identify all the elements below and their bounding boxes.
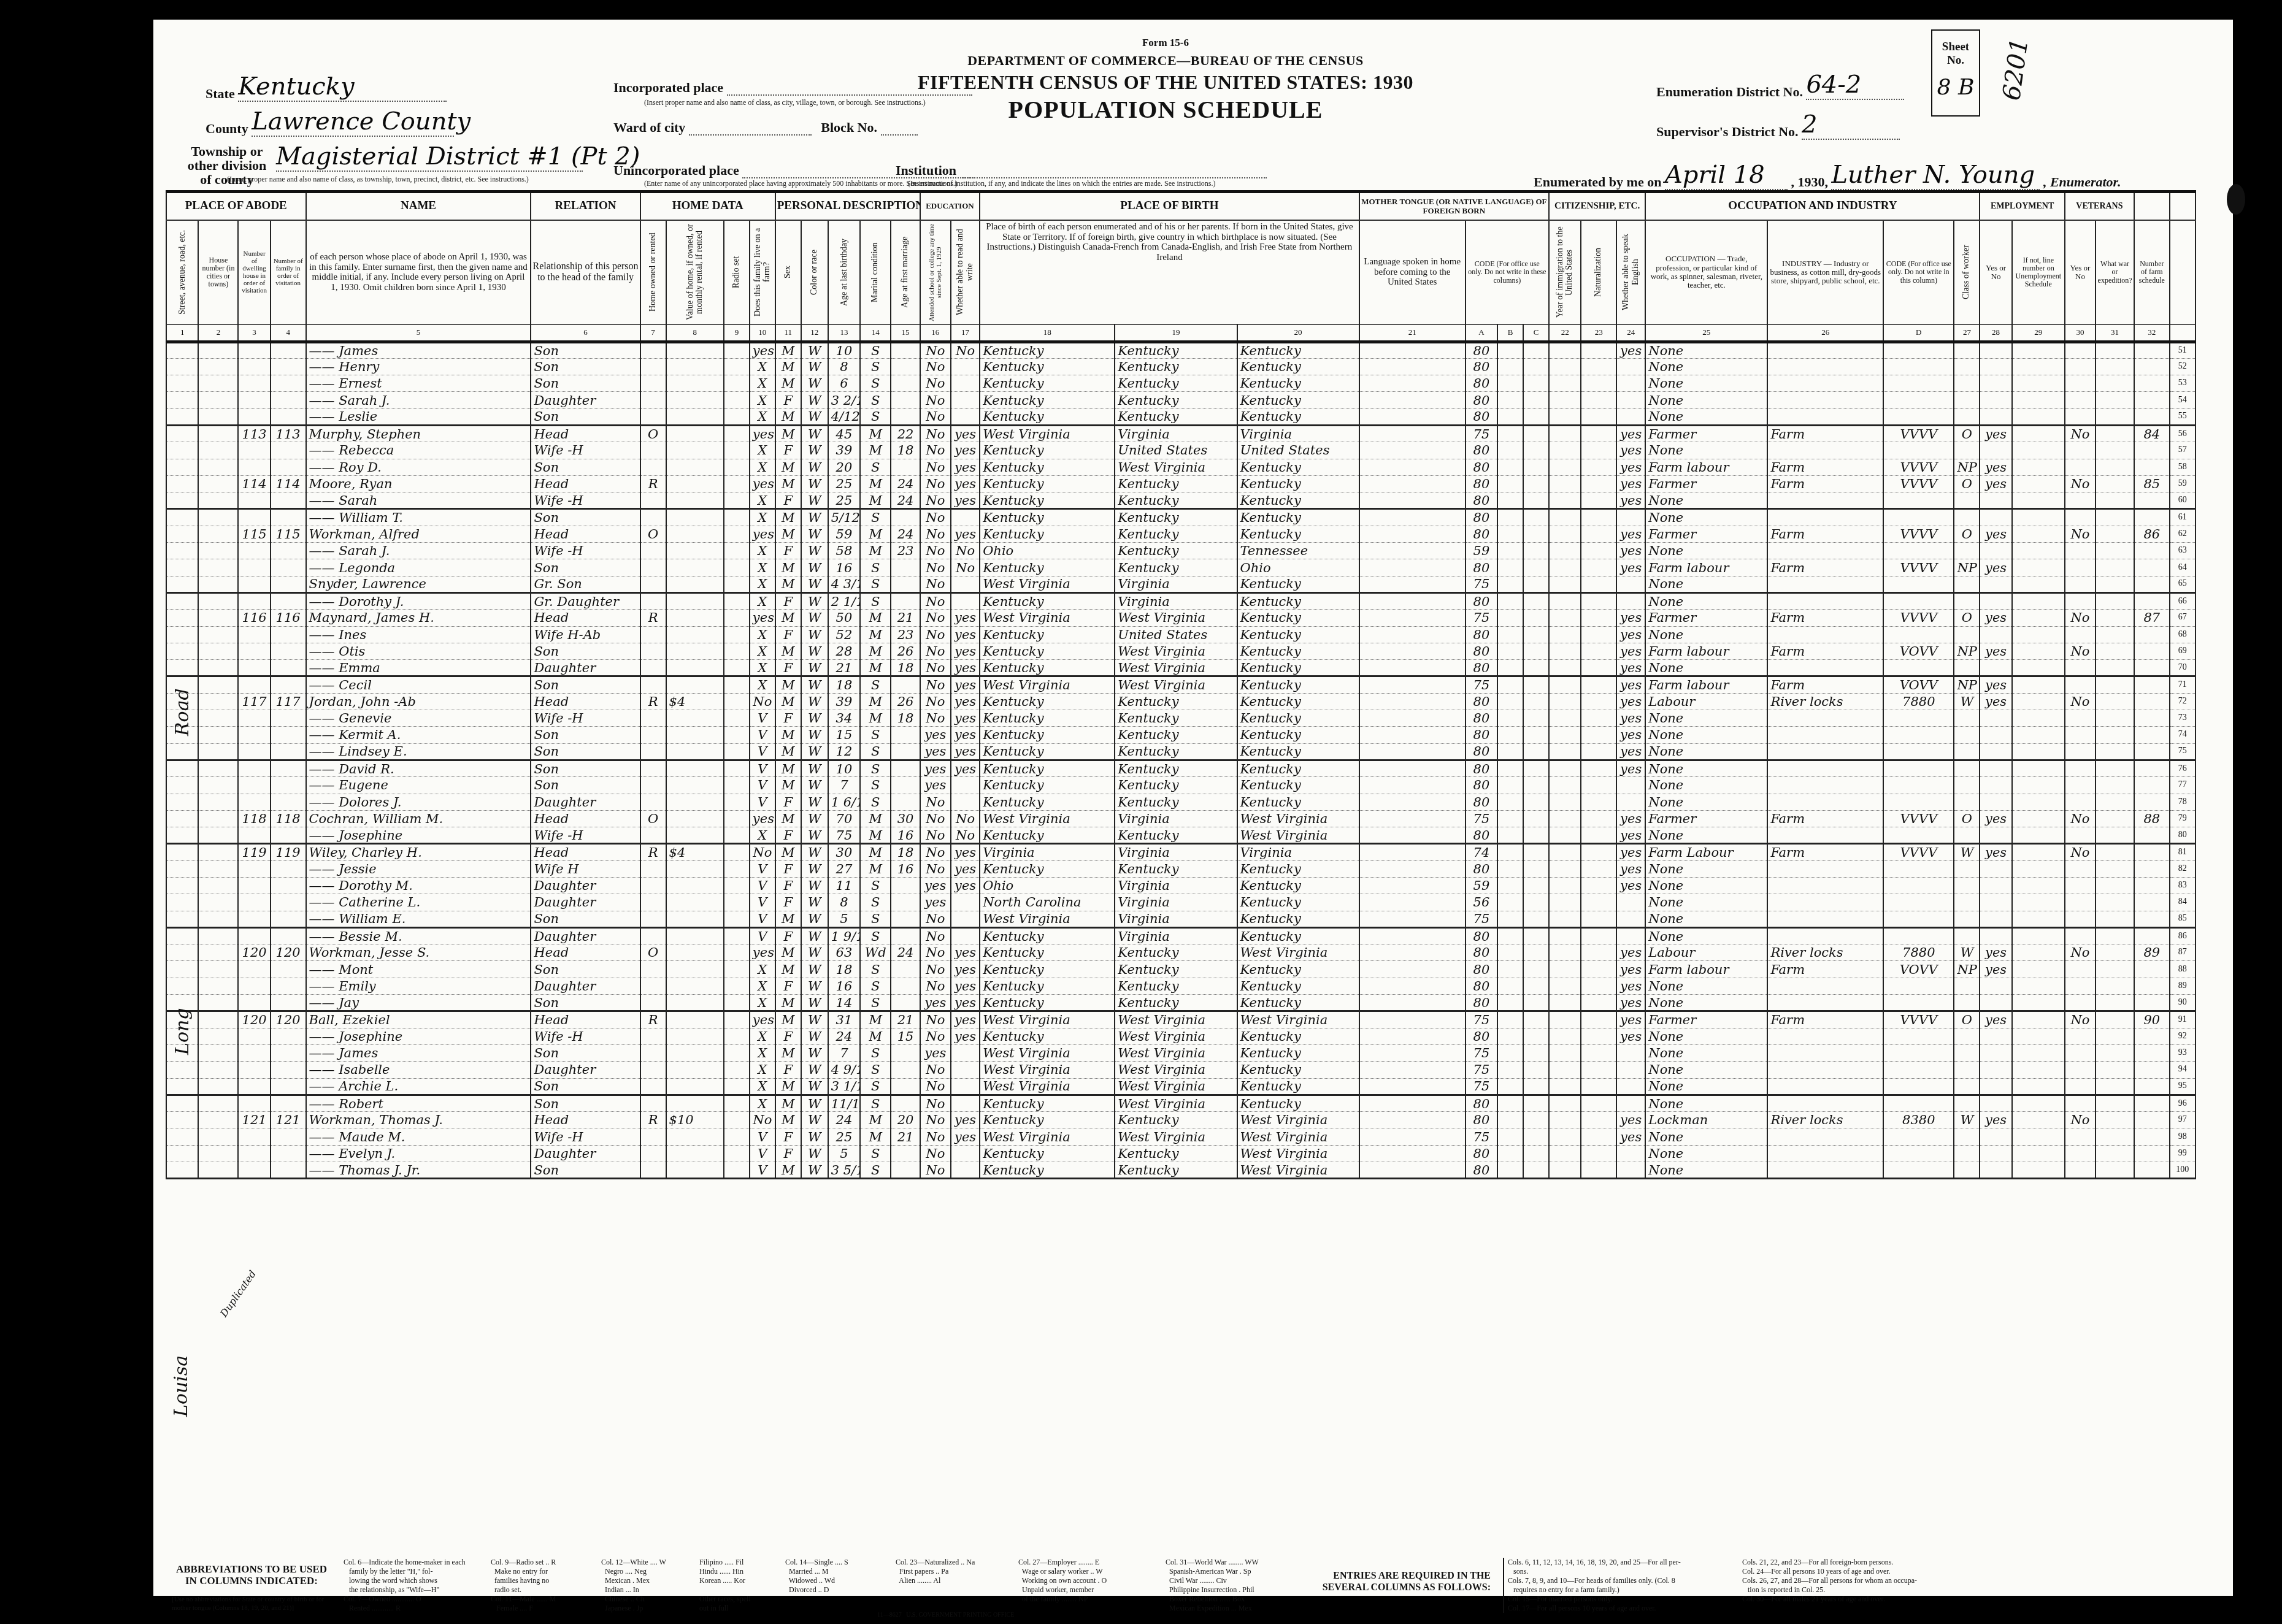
- cell-industry: [1767, 626, 1883, 643]
- cell-age-marriage: [891, 1062, 920, 1078]
- cell-house: [198, 894, 238, 911]
- cell-sex: F: [775, 543, 801, 559]
- cell-school: No: [920, 543, 951, 559]
- cell-mother-birthplace: Kentucky: [1237, 358, 1359, 375]
- cell-occupation: Farm labour: [1645, 559, 1767, 576]
- cell-occupation: None: [1645, 509, 1767, 526]
- cell-code-a: 80: [1466, 375, 1497, 392]
- cell-unemployment-line: [2012, 526, 2065, 542]
- cell-farm-schedule: [2134, 743, 2170, 760]
- cell-relation: Wife -H: [531, 442, 640, 459]
- cell-name: Emma: [306, 660, 531, 676]
- cell-code-c: [1523, 878, 1549, 894]
- cell-farm: X: [750, 375, 775, 392]
- cell-farm: X: [750, 626, 775, 643]
- cell-english: yes: [1616, 442, 1645, 459]
- cell-read-write: [951, 911, 980, 927]
- cell-house: [198, 777, 238, 794]
- enumerator-name: Luther N. Young: [1831, 161, 2035, 189]
- cell-name: William T.: [306, 509, 531, 526]
- cell-naturalization: [1581, 408, 1616, 425]
- cell-dwelling: [238, 860, 270, 877]
- cell-class-worker: [1954, 1044, 1980, 1061]
- cell-race: W: [801, 358, 828, 375]
- cell-school: No: [920, 978, 951, 994]
- cell-industry: [1767, 860, 1883, 877]
- cell-immigration: [1549, 442, 1581, 459]
- cell-war: [2096, 459, 2134, 475]
- cell-unemployment-line: [2012, 944, 2065, 961]
- cell-house: [198, 760, 238, 776]
- line-number: 94: [2170, 1062, 2196, 1078]
- cell-age: 6: [828, 375, 860, 392]
- cell-relation: Son: [531, 1162, 640, 1179]
- cell-radio: [724, 693, 750, 710]
- cell-code-d: [1883, 1162, 1954, 1179]
- entries-list-2: Cols. 21, 22, and 23—For all foreign-bor…: [1742, 1558, 1917, 1604]
- cell-english: yes: [1616, 727, 1645, 743]
- cell-farm-schedule: [2134, 626, 2170, 643]
- col-dwelling: Number of dwelling house in order of vis…: [238, 220, 270, 324]
- cell-school: No: [920, 492, 951, 509]
- cell-farm-schedule: [2134, 844, 2170, 860]
- cell-house: [198, 1011, 238, 1028]
- cell-code-a: 75: [1466, 1128, 1497, 1145]
- cell-war: [2096, 995, 2134, 1011]
- cell-sex: F: [775, 894, 801, 911]
- cell-war: [2096, 408, 2134, 425]
- cell-birthplace: West Virginia: [980, 1128, 1115, 1145]
- cell-unemployment-line: [2012, 1162, 2065, 1179]
- cell-marital: S: [860, 743, 891, 760]
- cell-code-c: [1523, 777, 1549, 794]
- cell-age-marriage: [891, 927, 920, 944]
- cell-immigration: [1549, 526, 1581, 542]
- cell-sex: M: [775, 995, 801, 1011]
- table-row: IsabelleDaughterXFW4 9/12SNoWest Virgini…: [166, 1062, 2196, 1078]
- cell-radio: [724, 810, 750, 827]
- cell-name: Roy D.: [306, 459, 531, 475]
- cell-home-value: [666, 676, 724, 693]
- cell-school: No: [920, 375, 951, 392]
- cell-name: Dolores J.: [306, 794, 531, 810]
- cell-sex: M: [775, 743, 801, 760]
- cell-marital: S: [860, 509, 891, 526]
- cell-father-birthplace: West Virginia: [1115, 676, 1237, 693]
- cell-english: [1616, 576, 1645, 592]
- cell-code-b: [1497, 995, 1523, 1011]
- cell-occupation: Lockman: [1645, 1112, 1767, 1128]
- cell-name: Thomas J. Jr.: [306, 1162, 531, 1179]
- cell-age: 7: [828, 1044, 860, 1061]
- cell-war: [2096, 660, 2134, 676]
- cell-age-marriage: [891, 342, 920, 358]
- cell-class-worker: [1954, 375, 1980, 392]
- cell-home-value: [666, 760, 724, 776]
- cell-race: W: [801, 710, 828, 727]
- cell-veteran: [2065, 894, 2096, 911]
- cell-language: [1359, 375, 1466, 392]
- cell-school: No: [920, 475, 951, 492]
- line-number: 63: [2170, 543, 2196, 559]
- cell-age: 8: [828, 358, 860, 375]
- cell-class-worker: [1954, 894, 1980, 911]
- cell-english: [1616, 794, 1645, 810]
- cell-school: yes: [920, 878, 951, 894]
- cell-english: [1616, 358, 1645, 375]
- cell-industry: [1767, 1095, 1883, 1111]
- cell-code-d: [1883, 392, 1954, 408]
- cell-name: Genevie: [306, 710, 531, 727]
- col-name: of each person whose place of abode on A…: [306, 220, 531, 324]
- cell-relation: Daughter: [531, 392, 640, 408]
- cell-street: [166, 878, 198, 894]
- cell-farm-schedule: [2134, 760, 2170, 776]
- cell-birthplace: Kentucky: [980, 727, 1115, 743]
- cell-family: [271, 995, 306, 1011]
- cell-unemployment-line: [2012, 995, 2065, 1011]
- cell-code-c: [1523, 643, 1549, 659]
- cell-age: 10: [828, 760, 860, 776]
- cell-occupation: Labour: [1645, 944, 1767, 961]
- cell-father-birthplace: West Virginia: [1115, 1078, 1237, 1095]
- cell-employed: [1980, 1044, 2011, 1061]
- cell-employed: [1980, 743, 2011, 760]
- cell-street: [166, 559, 198, 576]
- cell-mother-birthplace: United States: [1237, 442, 1359, 459]
- cell-home-owned: [640, 1044, 666, 1061]
- cell-veteran: [2065, 961, 2096, 978]
- cell-house: [198, 978, 238, 994]
- cell-language: [1359, 576, 1466, 592]
- cell-naturalization: [1581, 727, 1616, 743]
- cell-relation: Head: [531, 944, 640, 961]
- cell-race: W: [801, 676, 828, 693]
- cell-age-marriage: [891, 1162, 920, 1179]
- cell-relation: Daughter: [531, 794, 640, 810]
- cell-code-b: [1497, 1078, 1523, 1095]
- cell-race: W: [801, 425, 828, 442]
- cell-code-b: [1497, 626, 1523, 643]
- cell-code-b: [1497, 492, 1523, 509]
- cell-mother-birthplace: Kentucky: [1237, 743, 1359, 760]
- cell-street: [166, 543, 198, 559]
- cell-english: yes: [1616, 760, 1645, 776]
- cell-code-d: VVVV: [1883, 526, 1954, 542]
- cell-code-d: VOVV: [1883, 676, 1954, 693]
- cell-code-c: [1523, 1011, 1549, 1028]
- cell-home-value: [666, 459, 724, 475]
- cell-read-write: yes: [951, 626, 980, 643]
- cell-dwelling: 113: [238, 425, 270, 442]
- cell-farm-schedule: 88: [2134, 810, 2170, 827]
- cell-farm: X: [750, 1062, 775, 1078]
- cell-age: 39: [828, 442, 860, 459]
- cell-father-birthplace: Virginia: [1115, 425, 1237, 442]
- cell-age-marriage: 24: [891, 492, 920, 509]
- cell-language: [1359, 459, 1466, 475]
- cell-war: [2096, 442, 2134, 459]
- cell-class-worker: [1954, 927, 1980, 944]
- cell-industry: [1767, 592, 1883, 609]
- cell-language: [1359, 978, 1466, 994]
- cell-class-worker: [1954, 342, 1980, 358]
- cell-industry: [1767, 543, 1883, 559]
- cell-code-b: [1497, 944, 1523, 961]
- line-number: 72: [2170, 693, 2196, 710]
- cell-immigration: [1549, 727, 1581, 743]
- cell-birthplace: Kentucky: [980, 408, 1115, 425]
- cell-class-worker: O: [1954, 475, 1980, 492]
- cell-dwelling: [238, 660, 270, 676]
- table-row: RobertSonXMW11/12SNoKentuckyWest Virgini…: [166, 1095, 2196, 1111]
- cell-name: Workman, Jesse S.: [306, 944, 531, 961]
- cell-read-write: yes: [951, 743, 980, 760]
- cell-family: 119: [271, 844, 306, 860]
- cell-code-c: [1523, 526, 1549, 542]
- cell-radio: [724, 1044, 750, 1061]
- cell-home-owned: [640, 1145, 666, 1162]
- cell-code-a: 80: [1466, 592, 1497, 609]
- cell-employed: yes: [1980, 459, 2011, 475]
- cell-immigration: [1549, 894, 1581, 911]
- cell-farm: X: [750, 459, 775, 475]
- cell-relation: Head: [531, 475, 640, 492]
- cell-home-owned: [640, 860, 666, 877]
- cell-race: W: [801, 927, 828, 944]
- cell-sex: M: [775, 1162, 801, 1179]
- cell-occupation: None: [1645, 492, 1767, 509]
- cell-dwelling: [238, 1078, 270, 1095]
- col-home-value: Value of home, if owned, or monthly rent…: [666, 220, 724, 324]
- cell-radio: [724, 727, 750, 743]
- cell-code-c: [1523, 794, 1549, 810]
- cell-farm: V: [750, 794, 775, 810]
- cell-race: W: [801, 1044, 828, 1061]
- cell-family: [271, 358, 306, 375]
- cell-home-owned: R: [640, 844, 666, 860]
- cell-read-write: yes: [951, 492, 980, 509]
- cell-age: 24: [828, 1112, 860, 1128]
- cell-language: [1359, 827, 1466, 844]
- table-row: Archie L.SonXMW3 1/12SNoWest VirginiaWes…: [166, 1078, 2196, 1095]
- cell-street: [166, 660, 198, 676]
- cell-house: [198, 1095, 238, 1111]
- cell-immigration: [1549, 743, 1581, 760]
- cell-immigration: [1549, 911, 1581, 927]
- table-row: 116116Maynard, James H.HeadRyesMW50M21No…: [166, 610, 2196, 626]
- cell-farm: X: [750, 559, 775, 576]
- cell-relation: Son: [531, 358, 640, 375]
- cell-read-write: No: [951, 342, 980, 358]
- cell-home-value: [666, 810, 724, 827]
- cell-farm: yes: [750, 944, 775, 961]
- cell-farm-schedule: [2134, 961, 2170, 978]
- cell-father-birthplace: Virginia: [1115, 592, 1237, 609]
- cell-house: [198, 509, 238, 526]
- cell-code-d: [1883, 660, 1954, 676]
- cell-code-c: [1523, 810, 1549, 827]
- cell-family: [271, 459, 306, 475]
- schedule-title: POPULATION SCHEDULE: [889, 95, 1442, 124]
- cell-name: Jordan, John -Ab: [306, 693, 531, 710]
- cell-code-a: 80: [1466, 727, 1497, 743]
- cell-street: [166, 392, 198, 408]
- entries-title: ENTRIES ARE REQUIRED IN THE SEVERAL COLU…: [1307, 1570, 1491, 1593]
- cell-employed: [1980, 760, 2011, 776]
- cell-house: [198, 743, 238, 760]
- cell-english: yes: [1616, 610, 1645, 626]
- cell-code-a: 75: [1466, 576, 1497, 592]
- cell-unemployment-line: [2012, 727, 2065, 743]
- table-row: OtisSonXMW28M26NoyesKentuckyWest Virgini…: [166, 643, 2196, 659]
- cell-race: W: [801, 392, 828, 408]
- cell-code-d: VVVV: [1883, 559, 1954, 576]
- cell-mother-birthplace: Kentucky: [1237, 693, 1359, 710]
- cell-birthplace: Kentucky: [980, 1095, 1115, 1111]
- cell-industry: [1767, 911, 1883, 927]
- cell-veteran: [2065, 543, 2096, 559]
- cell-marital: M: [860, 1128, 891, 1145]
- cell-naturalization: [1581, 626, 1616, 643]
- cell-street: [166, 475, 198, 492]
- cell-age-marriage: [891, 1145, 920, 1162]
- cell-language: [1359, 509, 1466, 526]
- cell-sex: F: [775, 860, 801, 877]
- cell-veteran: [2065, 827, 2096, 844]
- cell-birthplace: Kentucky: [980, 995, 1115, 1011]
- cell-school: No: [920, 810, 951, 827]
- cell-home-owned: R: [640, 1112, 666, 1128]
- cell-home-value: [666, 425, 724, 442]
- cell-age: 50: [828, 610, 860, 626]
- cell-family: [271, 1078, 306, 1095]
- cell-war: [2096, 710, 2134, 727]
- cell-mother-birthplace: Kentucky: [1237, 777, 1359, 794]
- cell-street: [166, 526, 198, 542]
- cell-farm-schedule: [2134, 1162, 2170, 1179]
- cell-name: Ines: [306, 626, 531, 643]
- line-number: 61: [2170, 509, 2196, 526]
- line-number: 83: [2170, 878, 2196, 894]
- cell-relation: Head: [531, 844, 640, 860]
- cell-unemployment-line: [2012, 408, 2065, 425]
- cell-birthplace: Ohio: [980, 878, 1115, 894]
- cell-naturalization: [1581, 358, 1616, 375]
- cell-class-worker: [1954, 392, 1980, 408]
- line-number: 57: [2170, 442, 2196, 459]
- cell-farm-schedule: 85: [2134, 475, 2170, 492]
- cell-mother-birthplace: Kentucky: [1237, 760, 1359, 776]
- cell-dwelling: [238, 1095, 270, 1111]
- cell-relation: Daughter: [531, 1062, 640, 1078]
- cell-home-value: [666, 827, 724, 844]
- cell-code-c: [1523, 710, 1549, 727]
- cell-war: [2096, 944, 2134, 961]
- cell-immigration: [1549, 375, 1581, 392]
- cell-marital: M: [860, 693, 891, 710]
- cell-code-a: 59: [1466, 878, 1497, 894]
- cell-relation: Son: [531, 676, 640, 693]
- cell-class-worker: O: [1954, 526, 1980, 542]
- cell-employed: yes: [1980, 425, 2011, 442]
- cell-code-b: [1497, 1044, 1523, 1061]
- cell-code-c: [1523, 392, 1549, 408]
- cell-age-marriage: [891, 794, 920, 810]
- cell-house: [198, 1145, 238, 1162]
- sheet-value: 8 B: [1932, 75, 1979, 100]
- col-occupation: OCCUPATION — Trade, profession, or parti…: [1645, 220, 1767, 324]
- cell-read-write: [951, 894, 980, 911]
- cell-industry: [1767, 777, 1883, 794]
- cell-code-a: 80: [1466, 526, 1497, 542]
- cell-code-d: VOVV: [1883, 961, 1954, 978]
- cell-marital: M: [860, 442, 891, 459]
- cell-age: 5: [828, 911, 860, 927]
- cell-class-worker: [1954, 860, 1980, 877]
- cell-war: [2096, 760, 2134, 776]
- cell-street: [166, 911, 198, 927]
- cell-family: [271, 878, 306, 894]
- cell-mother-birthplace: Kentucky: [1237, 727, 1359, 743]
- cell-mother-birthplace: Kentucky: [1237, 342, 1359, 358]
- cell-radio: [724, 860, 750, 877]
- cell-code-b: [1497, 509, 1523, 526]
- cell-code-d: [1883, 1095, 1954, 1111]
- cell-age-marriage: [891, 760, 920, 776]
- margin-note-long: Long: [172, 1008, 193, 1055]
- cell-farm-schedule: 89: [2134, 944, 2170, 961]
- cell-read-write: [951, 375, 980, 392]
- cell-code-c: [1523, 1145, 1549, 1162]
- cell-birthplace: West Virginia: [980, 1078, 1115, 1095]
- cell-employed: yes: [1980, 844, 2011, 860]
- cell-race: W: [801, 794, 828, 810]
- legend-col12b: Filipino ..... Fil Hindu ...... Hin Kore…: [699, 1558, 751, 1613]
- cell-farm-schedule: [2134, 995, 2170, 1011]
- cell-code-d: [1883, 626, 1954, 643]
- table-row: William E.SonVMW5SNoWest VirginiaVirgini…: [166, 911, 2196, 927]
- cell-farm: X: [750, 961, 775, 978]
- cell-radio: [724, 342, 750, 358]
- cell-unemployment-line: [2012, 1011, 2065, 1028]
- cell-relation: Son: [531, 777, 640, 794]
- cell-naturalization: [1581, 860, 1616, 877]
- line-number: 69: [2170, 643, 2196, 659]
- cell-marital: M: [860, 860, 891, 877]
- cell-birthplace: Kentucky: [980, 961, 1115, 978]
- legend-col14: Col. 14—Single .... S Married ... M Wido…: [785, 1558, 848, 1595]
- cell-radio: [724, 459, 750, 475]
- cell-code-a: 80: [1466, 660, 1497, 676]
- cell-war: [2096, 794, 2134, 810]
- cell-dwelling: [238, 1062, 270, 1078]
- cell-veteran: [2065, 660, 2096, 676]
- cell-employed: yes: [1980, 1112, 2011, 1128]
- cell-industry: [1767, 492, 1883, 509]
- cell-code-b: [1497, 978, 1523, 994]
- cell-industry: Farm: [1767, 844, 1883, 860]
- cell-naturalization: [1581, 676, 1616, 693]
- cell-birthplace: Kentucky: [980, 1145, 1115, 1162]
- cell-employed: yes: [1980, 643, 2011, 659]
- cell-house: [198, 492, 238, 509]
- column-number: 11: [775, 324, 801, 342]
- cell-veteran: No: [2065, 1112, 2096, 1128]
- line-number: 100: [2170, 1162, 2196, 1179]
- cell-code-b: [1497, 559, 1523, 576]
- cell-english: yes: [1616, 878, 1645, 894]
